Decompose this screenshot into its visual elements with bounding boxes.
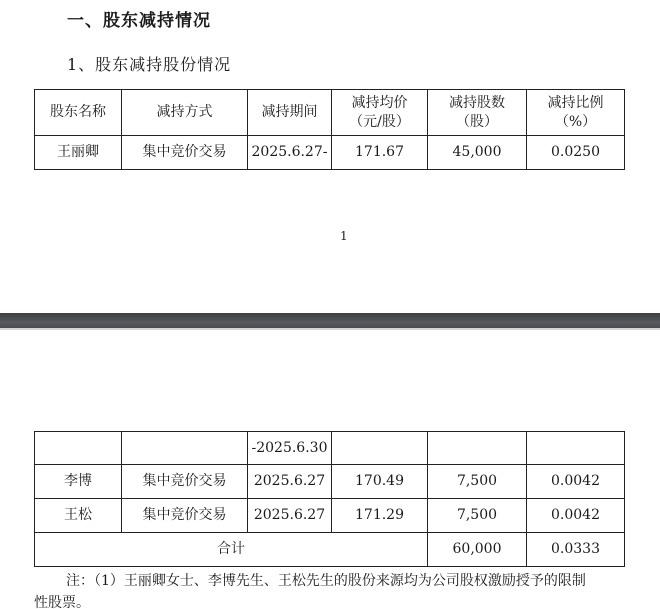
cell-period: 2025.6.27 <box>248 465 332 499</box>
cell-name: 王丽卿 <box>35 136 122 170</box>
section-title: 一、股东减持情况 <box>67 6 211 31</box>
reduction-table-page1: 股东名称 减持方式 减持期间 减持均价 （元/股） 减持股数 （股） 减持比例 … <box>34 89 625 170</box>
cell-period: 2025.6.27- <box>248 136 332 170</box>
cell-price: 170.49 <box>332 465 428 499</box>
total-shares: 60,000 <box>428 533 527 567</box>
footnote-line-2: 性股票。 <box>34 592 634 609</box>
subsection-title: 1、股东减持股份情况 <box>67 52 231 75</box>
page-separator <box>0 313 660 328</box>
cell-method: 集中竞价交易 <box>122 499 248 533</box>
cell-method <box>122 432 248 465</box>
cell-shares <box>428 432 527 465</box>
cell-period: 2025.6.27 <box>248 499 332 533</box>
reduction-table-page2: -2025.6.30 李博 集中竞价交易 2025.6.27 170.49 7,… <box>34 431 625 567</box>
header-ratio: 减持比例 （%） <box>527 90 625 136</box>
header-period: 减持期间 <box>248 90 332 136</box>
cell-ratio: 0.0250 <box>527 136 625 170</box>
cell-shares: 45,000 <box>428 136 527 170</box>
table-row-continued: -2025.6.30 <box>35 432 625 465</box>
cell-period: -2025.6.30 <box>248 432 332 465</box>
header-avg-price: 减持均价 （元/股） <box>332 90 428 136</box>
cell-name: 李博 <box>35 465 122 499</box>
cell-shares: 7,500 <box>428 465 527 499</box>
cell-name: 王松 <box>35 499 122 533</box>
header-shareholder-name: 股东名称 <box>35 90 122 136</box>
total-label: 合计 <box>35 533 428 567</box>
total-ratio: 0.0333 <box>527 533 625 567</box>
cell-ratio: 0.0042 <box>527 499 625 533</box>
table-row: 王松 集中竞价交易 2025.6.27 171.29 7,500 0.0042 <box>35 499 625 533</box>
cell-method: 集中竞价交易 <box>122 465 248 499</box>
page-number: 1 <box>340 229 348 243</box>
cell-price: 171.67 <box>332 136 428 170</box>
table-header-row: 股东名称 减持方式 减持期间 减持均价 （元/股） 减持股数 （股） 减持比例 … <box>35 90 625 136</box>
header-shares: 减持股数 （股） <box>428 90 527 136</box>
cell-name <box>35 432 122 465</box>
cell-ratio <box>527 432 625 465</box>
cell-shares: 7,500 <box>428 499 527 533</box>
cell-price: 171.29 <box>332 499 428 533</box>
footnote-line-1: 注：（1）王丽卿女士、李博先生、王松先生的股份来源均为公司股权激励授予的限制 <box>34 570 634 592</box>
footnote: 注：（1）王丽卿女士、李博先生、王松先生的股份来源均为公司股权激励授予的限制 性… <box>34 570 634 609</box>
header-method: 减持方式 <box>122 90 248 136</box>
page-separator-edge <box>0 328 660 330</box>
cell-price <box>332 432 428 465</box>
cell-ratio: 0.0042 <box>527 465 625 499</box>
table-total-row: 合计 60,000 0.0333 <box>35 533 625 567</box>
cell-method: 集中竞价交易 <box>122 136 248 170</box>
table-row: 王丽卿 集中竞价交易 2025.6.27- 171.67 45,000 0.02… <box>35 136 625 170</box>
table-row: 李博 集中竞价交易 2025.6.27 170.49 7,500 0.0042 <box>35 465 625 499</box>
